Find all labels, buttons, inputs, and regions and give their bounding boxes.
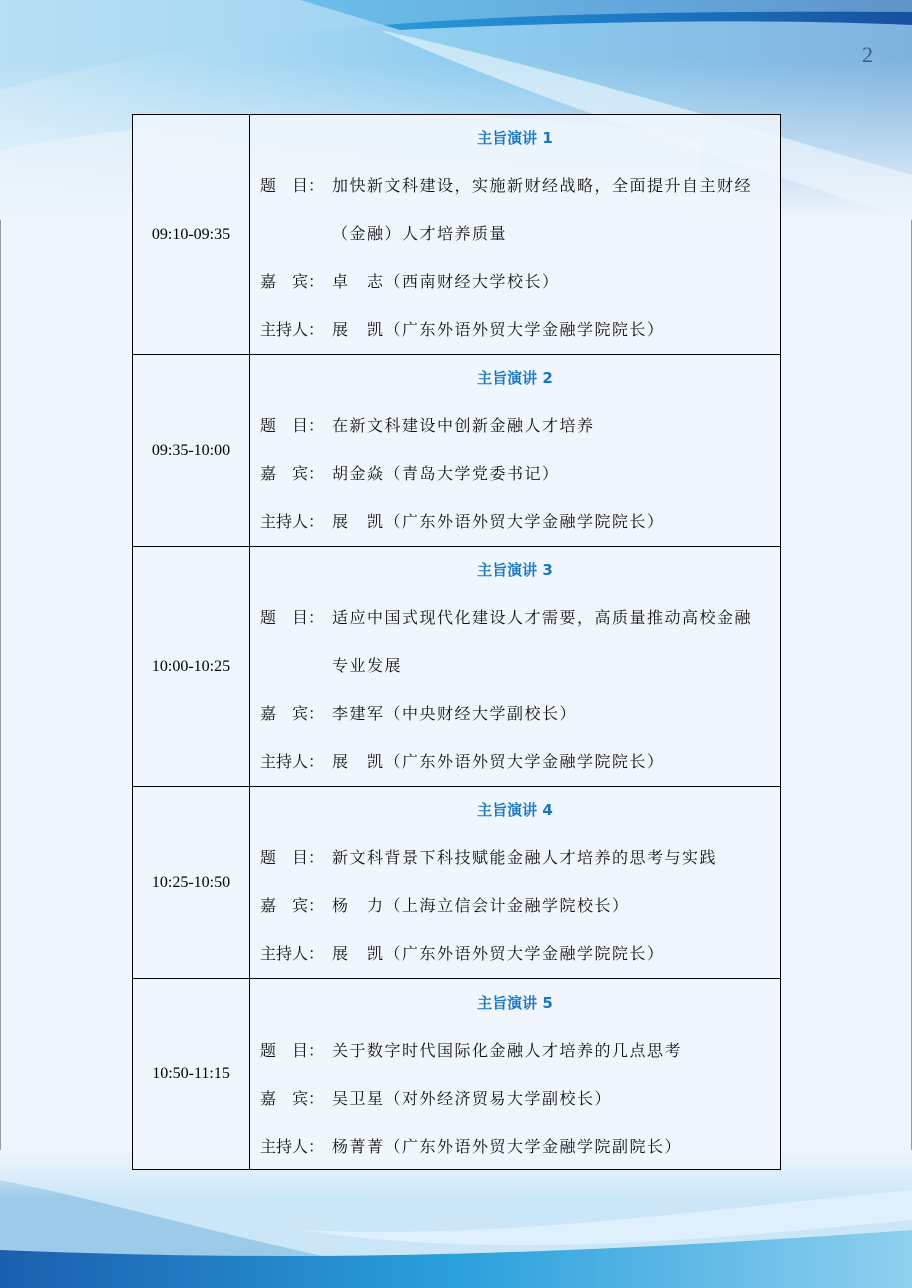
speech-title: 主旨演讲 1 <box>250 115 780 162</box>
topic-line-continued: （金融）人才培养质量 <box>260 210 780 258</box>
host-line: 主持人：展 凯（广东外语外贸大学金融学院院长） <box>260 738 780 786</box>
guest-text: 卓 志（西南财经大学校长） <box>332 272 560 291</box>
host-text: 展 凯（广东外语外贸大学金融学院院长） <box>332 320 665 339</box>
topic-line: 题 目：关于数字时代国际化金融人才培养的几点思考 <box>260 1027 780 1075</box>
session-details: 主旨演讲 2 题 目：在新文科建设中创新金融人才培养 嘉 宾：胡金焱（青岛大学党… <box>250 355 781 547</box>
topic-label: 题 目： <box>260 834 332 882</box>
session-row: 10:00-10:25 主旨演讲 3 题 目：适应中国式现代化建设人才需要，高质… <box>133 547 781 787</box>
agenda-table: 09:10-09:35 主旨演讲 1 题 目：加快新文科建设，实施新财经战略，全… <box>132 114 781 1170</box>
session-time: 10:50-11:15 <box>133 979 250 1170</box>
speech-title: 主旨演讲 5 <box>250 980 780 1027</box>
guest-line: 嘉 宾：胡金焱（青岛大学党委书记） <box>260 450 780 498</box>
topic-line: 题 目：加快新文科建设，实施新财经战略，全面提升自主财经 <box>260 162 780 210</box>
guest-label: 嘉 宾： <box>260 1075 332 1123</box>
session-row: 09:10-09:35 主旨演讲 1 题 目：加快新文科建设，实施新财经战略，全… <box>133 115 781 355</box>
guest-line: 嘉 宾：吴卫星（对外经济贸易大学副校长） <box>260 1075 780 1123</box>
guest-label: 嘉 宾： <box>260 258 332 306</box>
host-text: 展 凯（广东外语外贸大学金融学院院长） <box>332 752 665 771</box>
topic-text: 适应中国式现代化建设人才需要，高质量推动高校金融 <box>332 608 752 627</box>
guest-text: 胡金焱（青岛大学党委书记） <box>332 464 560 483</box>
topic-label: 题 目： <box>260 594 332 642</box>
speech-title: 主旨演讲 3 <box>250 547 780 594</box>
topic-label: 题 目： <box>260 1027 332 1075</box>
host-line: 主持人：杨菁菁（广东外语外贸大学金融学院副院长） <box>260 1123 780 1169</box>
topic-label: 题 目： <box>260 402 332 450</box>
guest-label: 嘉 宾： <box>260 690 332 738</box>
topic-line: 题 目：在新文科建设中创新金融人才培养 <box>260 402 780 450</box>
session-time: 09:10-09:35 <box>133 115 250 355</box>
topic-text: 在新文科建设中创新金融人才培养 <box>332 416 595 435</box>
guest-text: 吴卫星（对外经济贸易大学副校长） <box>332 1089 612 1108</box>
host-label: 主持人： <box>260 930 332 978</box>
session-row: 10:25-10:50 主旨演讲 4 题 目：新文科背景下科技赋能金融人才培养的… <box>133 787 781 979</box>
session-details: 主旨演讲 4 题 目：新文科背景下科技赋能金融人才培养的思考与实践 嘉 宾：杨 … <box>250 787 781 979</box>
host-line: 主持人：展 凯（广东外语外贸大学金融学院院长） <box>260 930 780 978</box>
page-number: 2 <box>862 42 873 68</box>
guest-text: 杨 力（上海立信会计金融学院校长） <box>332 896 630 915</box>
topic-line: 题 目：新文科背景下科技赋能金融人才培养的思考与实践 <box>260 834 780 882</box>
host-label: 主持人： <box>260 1123 332 1171</box>
session-time: 09:35-10:00 <box>133 355 250 547</box>
topic-text: 加快新文科建设，实施新财经战略，全面提升自主财经 <box>332 176 752 195</box>
session-details: 主旨演讲 3 题 目：适应中国式现代化建设人才需要，高质量推动高校金融 专业发展… <box>250 547 781 787</box>
host-text: 杨菁菁（广东外语外贸大学金融学院副院长） <box>332 1137 682 1156</box>
session-details: 主旨演讲 1 题 目：加快新文科建设，实施新财经战略，全面提升自主财经 （金融）… <box>250 115 781 355</box>
session-row: 10:50-11:15 主旨演讲 5 题 目：关于数字时代国际化金融人才培养的几… <box>133 979 781 1170</box>
guest-label: 嘉 宾： <box>260 450 332 498</box>
topic-line: 题 目：适应中国式现代化建设人才需要，高质量推动高校金融 <box>260 594 780 642</box>
topic-text: 关于数字时代国际化金融人才培养的几点思考 <box>332 1041 682 1060</box>
speech-title: 主旨演讲 4 <box>250 787 780 834</box>
guest-line: 嘉 宾：李建军（中央财经大学副校长） <box>260 690 780 738</box>
session-details: 主旨演讲 5 题 目：关于数字时代国际化金融人才培养的几点思考 嘉 宾：吴卫星（… <box>250 979 781 1170</box>
host-text: 展 凯（广东外语外贸大学金融学院院长） <box>332 512 665 531</box>
host-label: 主持人： <box>260 306 332 354</box>
host-label: 主持人： <box>260 738 332 786</box>
guest-line: 嘉 宾：杨 力（上海立信会计金融学院校长） <box>260 882 780 930</box>
host-label: 主持人： <box>260 498 332 546</box>
session-time: 10:25-10:50 <box>133 787 250 979</box>
speech-title: 主旨演讲 2 <box>250 355 780 402</box>
topic-label: 题 目： <box>260 162 332 210</box>
guest-line: 嘉 宾：卓 志（西南财经大学校长） <box>260 258 780 306</box>
topic-line-continued: 专业发展 <box>260 642 780 690</box>
topic-text: 新文科背景下科技赋能金融人才培养的思考与实践 <box>332 848 717 867</box>
host-text: 展 凯（广东外语外贸大学金融学院院长） <box>332 944 665 963</box>
host-line: 主持人：展 凯（广东外语外贸大学金融学院院长） <box>260 306 780 354</box>
footer-wave-decoration <box>0 1150 912 1288</box>
session-time: 10:00-10:25 <box>133 547 250 787</box>
guest-text: 李建军（中央财经大学副校长） <box>332 704 577 723</box>
session-row: 09:35-10:00 主旨演讲 2 题 目：在新文科建设中创新金融人才培养 嘉… <box>133 355 781 547</box>
guest-label: 嘉 宾： <box>260 882 332 930</box>
host-line: 主持人：展 凯（广东外语外贸大学金融学院院长） <box>260 498 780 546</box>
